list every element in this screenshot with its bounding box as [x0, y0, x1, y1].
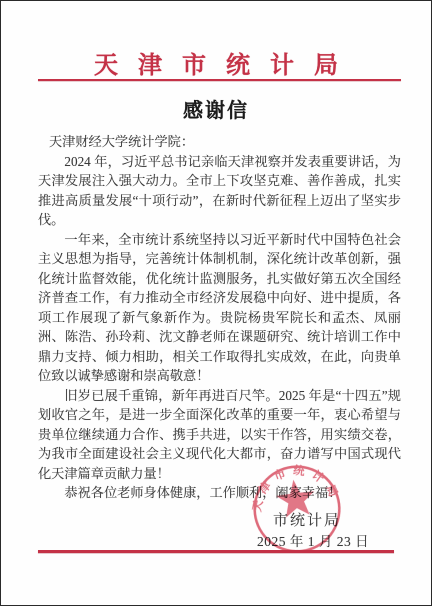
signature-org: 市统计局 [273, 509, 341, 530]
salutation: 天津财经大学统计学院： [38, 132, 401, 152]
letter-paragraph: 2024 年，习近平总书记亲临天津视察并发表重要讲话，为天津发展注入强大动力。全… [38, 152, 401, 230]
letter-title: 感谢信 [1, 94, 431, 123]
footer-divider [38, 550, 394, 553]
letter-paragraph: 旧岁已展千重锦，新年再进百尺竿。2025 年是“十四五”规划收官之年，是进一步全… [38, 386, 401, 484]
letter-page: 天津市统计局 感谢信 天津财经大学统计学院： 2024 年，习近平总书记亲临天津… [0, 0, 432, 606]
letter-body: 天津财经大学统计学院： 2024 年，习近平总书记亲临天津视察并发表重要讲话，为… [38, 132, 401, 503]
letterhead-divider-top [38, 79, 401, 81]
letterhead-org-name: 天津市统计局 [1, 45, 431, 80]
signature-date: 2025 年 1 月 23 日 [257, 530, 369, 550]
letter-paragraph: 恭祝各位老师身体健康，工作顺利，阖家幸福！ [38, 483, 401, 503]
letter-paragraph: 一年来，全市统计系统坚持以习近平新时代中国特色社会主义思想为指导，完善统计体制机… [38, 230, 401, 386]
